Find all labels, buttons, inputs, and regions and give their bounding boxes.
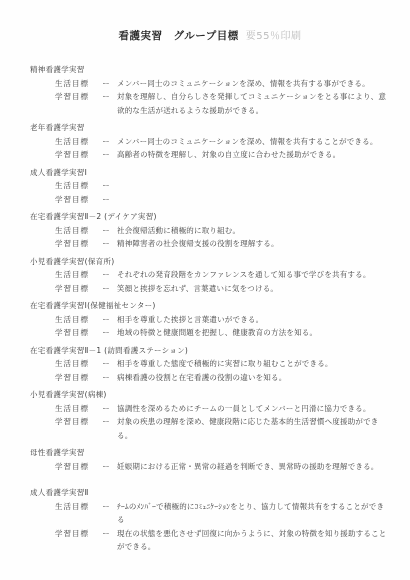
- goal-dash: ー: [95, 90, 117, 104]
- goal-label: 学習目標: [55, 527, 95, 541]
- goal-dash: ー: [95, 326, 117, 340]
- goal-text: 妊娠期における正常・異常の経過を判断でき、異常時の援助を理解できる。: [117, 460, 390, 474]
- goal-dash: ー: [95, 371, 117, 385]
- goal-label: 生活目標: [55, 77, 95, 91]
- goal-text: それぞれの発育段階をカンファレンスを通して知る事で学びを共有する。: [117, 268, 390, 282]
- page-title: 看護実習 グループ目標: [119, 30, 239, 42]
- goal-row: 生活目標 ー: [30, 179, 390, 193]
- goal-row: 学習目標 ー 妊娠期における正常・異常の経過を判断でき、異常時の援助を理解できる…: [30, 460, 390, 474]
- goal-dash: ー: [95, 402, 117, 416]
- goal-label: 生活目標: [55, 500, 95, 514]
- goal-row: 学習目標 ー 地域の特徴と健康問題を把握し、健康教育の方法を知る。: [30, 326, 390, 340]
- section-ronen: 老年看護学実習 生活目標 ー メンバー同士のコミュニケーションを深め、情報を共有…: [30, 121, 390, 162]
- goal-label: 生活目標: [55, 313, 95, 327]
- goal-label: 学習目標: [55, 371, 95, 385]
- goal-dash: ー: [95, 268, 117, 282]
- section-shoni-hoikusho: 小児看護学実習(保育所) 生活目標 ー それぞれの発育段階をカンファレンスを通し…: [30, 255, 390, 296]
- goal-dash: ー: [95, 224, 117, 238]
- goal-label: 学習目標: [55, 460, 95, 474]
- goal-dash: ー: [95, 460, 117, 474]
- goal-row: 生活目標 ー 社会復帰活動に積極的に取り組む。: [30, 224, 390, 238]
- section-title: 小児看護学実習(病棟): [30, 388, 390, 402]
- goal-text: 対象を理解し、自分らしさを発揮してコミュニケーションをとる事により、意欲的な生活…: [117, 90, 390, 117]
- section-title: 成人看護学実習Ⅱ: [30, 486, 390, 500]
- goal-label: 学習目標: [55, 415, 95, 429]
- goal-dash: ー: [95, 237, 117, 251]
- goal-text: メンバー同士のコミュニケーションを深め、情報を共有する事ができる。: [117, 77, 390, 91]
- goal-label: 学習目標: [55, 90, 95, 104]
- section-title: 母性看護学実習: [30, 446, 390, 460]
- section-title: 精神看護学実習: [30, 63, 390, 77]
- section-title: 成人看護学実習Ⅰ: [30, 166, 390, 180]
- goal-row: 生活目標 ー メンバー同士のコミュニケーションを深め、情報を共有することができる…: [30, 135, 390, 149]
- goal-text: 相手を尊重した態度で積極的に実習に取り組むことができる。: [117, 357, 390, 371]
- goal-row: 学習目標 ー 対象の疾患の理解を深め、健康段階に応じた基本的生活習慣へ度援助がで…: [30, 415, 390, 442]
- section-title: 在宅看護学実習Ⅰ(保健福祉センター): [30, 299, 390, 313]
- goal-text: ﾁｰﾑのﾒﾝﾊﾞｰで積極的にｺﾐｭﾆｹｰｼｮﾝをとり、協力して情報共有をすること…: [117, 500, 390, 527]
- goal-dash: ー: [95, 357, 117, 371]
- goal-dash: ー: [95, 415, 117, 429]
- title-row: 看護実習 グループ目標要55％印刷: [30, 24, 390, 43]
- goal-label: 学習目標: [55, 326, 95, 340]
- section-zaitaku-2-1: 在宅看護学実習Ⅱ－1 (訪問看護ステーション) 生活目標 ー 相手を尊重した態度…: [30, 344, 390, 385]
- goal-label: 生活目標: [55, 135, 95, 149]
- goal-text: 高齢者の特徴を理解し、対象の自立度に合わせた援助ができる。: [117, 148, 390, 162]
- goal-text: メンバー同士のコミュニケーションを深め、情報を共有することができる。: [117, 135, 390, 149]
- goal-row: 生活目標 ー メンバー同士のコミュニケーションを深め、情報を共有する事ができる。: [30, 77, 390, 91]
- goal-row: 生活目標 ー ﾁｰﾑのﾒﾝﾊﾞｰで積極的にｺﾐｭﾆｹｰｼｮﾝをとり、協力して情報…: [30, 500, 390, 527]
- goal-row: 生活目標 ー 相手を尊重した態度で積極的に実習に取り組むことができる。: [30, 357, 390, 371]
- section-zaitaku-1: 在宅看護学実習Ⅰ(保健福祉センター) 生活目標 ー 相手を尊重した挨拶と言葉遣い…: [30, 299, 390, 340]
- goal-text: 対象の疾患の理解を深め、健康段階に応じた基本的生活習慣へ度援助ができる。: [117, 415, 390, 442]
- goal-label: 学習目標: [55, 193, 95, 207]
- goal-dash: ー: [95, 527, 117, 541]
- goal-text: 相手を尊重した挨拶と言葉遣いができる。: [117, 313, 390, 327]
- goal-row: 学習目標 ー 病棟看護の役割と在宅看護の役割の違いを知る。: [30, 371, 390, 385]
- goal-text: 地域の特徴と健康問題を把握し、健康教育の方法を知る。: [117, 326, 390, 340]
- goal-label: 学習目標: [55, 282, 95, 296]
- goal-row: 学習目標 ー 高齢者の特徴を理解し、対象の自立度に合わせた援助ができる。: [30, 148, 390, 162]
- goal-dash: ー: [95, 179, 117, 193]
- goal-text: 精神障害者の社会復帰支援の役割を理解する。: [117, 237, 390, 251]
- goal-text: 社会復帰活動に積極的に取り組む。: [117, 224, 390, 238]
- section-title: 在宅看護学実習Ⅱ－1 (訪問看護ステーション): [30, 344, 390, 358]
- goal-dash: ー: [95, 135, 117, 149]
- section-seijin-1: 成人看護学実習Ⅰ 生活目標 ー 学習目標 ー: [30, 166, 390, 207]
- goal-dash: ー: [95, 148, 117, 162]
- goal-row: 学習目標 ー: [30, 193, 390, 207]
- goal-label: 生活目標: [55, 268, 95, 282]
- goal-row: 学習目標 ー 対象を理解し、自分らしさを発揮してコミュニケーションをとる事により…: [30, 90, 390, 117]
- goal-label: 学習目標: [55, 237, 95, 251]
- goal-text: 笑顔と挨拶を忘れず、言葉遣いに気をつける。: [117, 282, 390, 296]
- goal-dash: ー: [95, 193, 117, 207]
- section-zaitaku-2-2: 在宅看護学実習Ⅱ－2 (デイケア実習) 生活目標 ー 社会復帰活動に積極的に取り…: [30, 210, 390, 251]
- print-note: 要55％印刷: [246, 31, 302, 42]
- goal-dash: ー: [95, 282, 117, 296]
- section-seishin: 精神看護学実習 生活目標 ー メンバー同士のコミュニケーションを深め、情報を共有…: [30, 63, 390, 117]
- goal-row: 生活目標 ー 相手を尊重した挨拶と言葉遣いができる。: [30, 313, 390, 327]
- section-title: 老年看護学実習: [30, 121, 390, 135]
- goal-label: 生活目標: [55, 179, 95, 193]
- goal-row: 学習目標 ー 笑顔と挨拶を忘れず、言葉遣いに気をつける。: [30, 282, 390, 296]
- goal-row: 生活目標 ー 協調性を深めるためにチームの一員としてメンバーと円滑に協力できる。: [30, 402, 390, 416]
- goal-label: 生活目標: [55, 224, 95, 238]
- goal-dash: ー: [95, 77, 117, 91]
- goal-label: 生活目標: [55, 357, 95, 371]
- goal-row: 生活目標 ー それぞれの発育段階をカンファレンスを通して知る事で学びを共有する。: [30, 268, 390, 282]
- section-title: 小児看護学実習(保育所): [30, 255, 390, 269]
- section-title: 在宅看護学実習Ⅱ－2 (デイケア実習): [30, 210, 390, 224]
- goal-dash: ー: [95, 313, 117, 327]
- goal-text: 協調性を深めるためにチームの一員としてメンバーと円滑に協力できる。: [117, 402, 390, 416]
- goal-row: 学習目標 ー 現在の状態を悪化させず回復に向かうように、対象の特徴を知り援助する…: [30, 527, 390, 554]
- section-bosei: 母性看護学実習 学習目標 ー 妊娠期における正常・異常の経過を判断でき、異常時の…: [30, 446, 390, 473]
- goal-label: 生活目標: [55, 402, 95, 416]
- section-shoni-byoto: 小児看護学実習(病棟) 生活目標 ー 協調性を深めるためにチームの一員としてメン…: [30, 388, 390, 442]
- document-page: 看護実習 グループ目標要55％印刷 精神看護学実習 生活目標 ー メンバー同士の…: [0, 0, 410, 580]
- goal-text: 病棟看護の役割と在宅看護の役割の違いを知る。: [117, 371, 390, 385]
- section-seijin-2: 成人看護学実習Ⅱ 生活目標 ー ﾁｰﾑのﾒﾝﾊﾞｰで積極的にｺﾐｭﾆｹｰｼｮﾝを…: [30, 486, 390, 554]
- goal-dash: ー: [95, 500, 117, 514]
- goal-label: 学習目標: [55, 148, 95, 162]
- goal-text: 現在の状態を悪化させず回復に向かうように、対象の特徴を知り援助することができる。: [117, 527, 390, 554]
- goal-row: 学習目標 ー 精神障害者の社会復帰支援の役割を理解する。: [30, 237, 390, 251]
